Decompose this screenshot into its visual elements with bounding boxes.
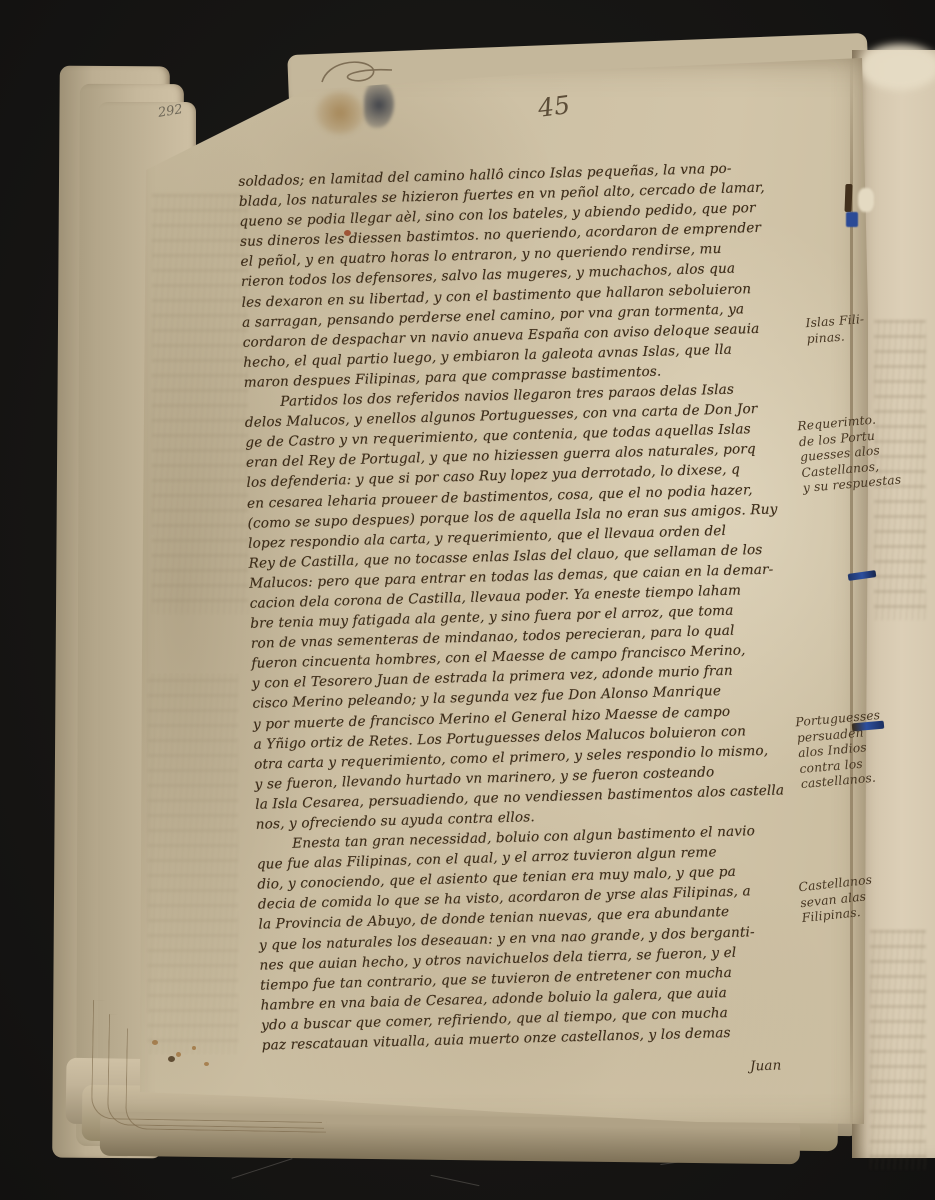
show-through-text	[870, 930, 926, 1170]
show-through-text	[148, 674, 238, 1054]
binding-tear	[858, 188, 874, 212]
paper-stain	[316, 92, 364, 134]
catchword: Juan	[750, 1057, 782, 1074]
manuscript-photo: 292 45 soldados; en lamitad del camino h…	[0, 0, 935, 1200]
binding-slit	[845, 184, 853, 212]
blue-thread-icon	[846, 212, 858, 227]
margin-note-requerimiento: Requerimto.de los Portuguesses alosCaste…	[797, 409, 923, 497]
folio-number-mark: 45	[536, 90, 571, 123]
margin-note-portuguesses-persuaden: Portuguessespersuadenalos Indioscontra l…	[795, 705, 921, 793]
ink-blot-stain	[364, 82, 394, 128]
manuscript-text-block: soldados; en lamitad del camino hallô ci…	[238, 158, 837, 1057]
paper-freckle	[168, 1056, 175, 1062]
paper-freckle	[204, 1062, 209, 1066]
deckle-edge	[860, 44, 935, 90]
show-through-text	[152, 194, 248, 614]
